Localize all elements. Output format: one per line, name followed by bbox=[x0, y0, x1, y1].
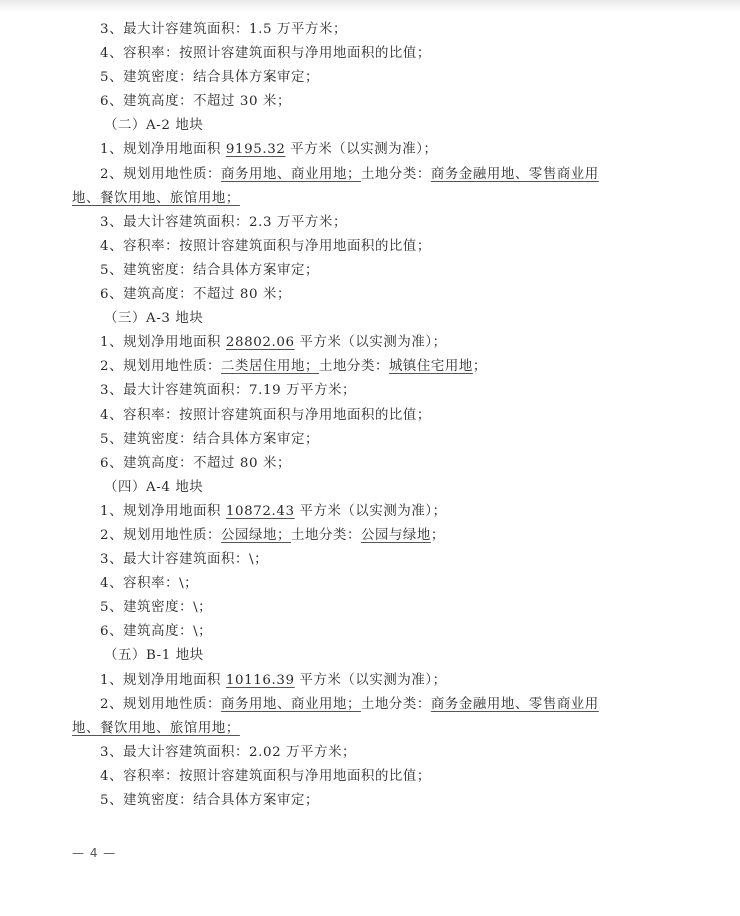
text-segment: 3、最大计容建筑面积：1.5 万平方米； bbox=[100, 22, 347, 37]
section-heading: （三）A-3 地块 bbox=[0, 307, 740, 331]
list-item: 6、建筑高度：不超过 80 米； bbox=[0, 283, 740, 307]
text-segment: 土地分类： bbox=[291, 528, 361, 543]
underlined-value: 二类居住用地； bbox=[221, 359, 319, 374]
underlined-value: 28802.06 bbox=[226, 335, 295, 350]
list-item: 3、最大计容建筑面积：7.19 万平方米； bbox=[0, 379, 740, 403]
text-segment: 1、规划净用地面积 bbox=[100, 335, 226, 350]
text-segment: ； bbox=[473, 359, 487, 374]
text-segment: 平方米（以实测为准）； bbox=[295, 335, 447, 350]
underlined-value: 9195.32 bbox=[226, 142, 286, 157]
text-segment: 土地分类： bbox=[361, 697, 431, 712]
list-item: 4、容积率：按照计容建筑面积与净用地面积的比值； bbox=[0, 404, 740, 428]
text-segment: 5、建筑密度：\； bbox=[100, 600, 212, 615]
text-segment: 6、建筑高度：不超过 80 米； bbox=[100, 287, 291, 302]
text-segment: 土地分类： bbox=[361, 167, 431, 182]
text-segment: （五）B-1 地块 bbox=[104, 648, 204, 663]
list-item: 3、最大计容建筑面积：\； bbox=[0, 548, 740, 572]
text-segment: 3、最大计容建筑面积：2.3 万平方米； bbox=[100, 215, 347, 230]
section-heading: （四）A-4 地块 bbox=[0, 476, 740, 500]
text-segment: 5、建筑密度：结合具体方案审定； bbox=[100, 793, 319, 808]
underlined-value: 商务金融用地、零售商业用 bbox=[431, 167, 599, 182]
underlined-value: 地、餐饮用地、旅馆用地； bbox=[72, 721, 240, 736]
text-segment: 1、规划净用地面积 bbox=[100, 673, 226, 688]
text-segment: 2、规划用地性质： bbox=[100, 528, 221, 543]
page-number: — 4 — bbox=[72, 846, 116, 860]
underlined-value: 10872.43 bbox=[226, 504, 295, 519]
text-segment: 3、最大计容建筑面积：7.19 万平方米； bbox=[100, 383, 356, 398]
text-segment: （二）A-2 地块 bbox=[104, 118, 203, 133]
text-segment: 2、规划用地性质： bbox=[100, 359, 221, 374]
section-heading: （二）A-2 地块 bbox=[0, 114, 740, 138]
list-item: 5、建筑密度：结合具体方案审定； bbox=[0, 66, 740, 90]
list-item: 5、建筑密度：结合具体方案审定； bbox=[0, 789, 740, 813]
text-segment: 2、规划用地性质： bbox=[100, 167, 221, 182]
list-item: 2、规划用地性质：商务用地、商业用地；土地分类：商务金融用地、零售商业用 bbox=[0, 163, 740, 187]
document-page: 3、最大计容建筑面积：1.5 万平方米；4、容积率：按照计容建筑面积与净用地面积… bbox=[0, 18, 740, 813]
list-item: 1、规划净用地面积 28802.06 平方米（以实测为准）； bbox=[0, 331, 740, 355]
list-item: 6、建筑高度：不超过 30 米； bbox=[0, 90, 740, 114]
underlined-value: 公园绿地； bbox=[221, 528, 291, 543]
top-shadow bbox=[0, 0, 740, 12]
list-item: 3、最大计容建筑面积：2.3 万平方米； bbox=[0, 211, 740, 235]
underlined-value: 10116.39 bbox=[226, 673, 295, 688]
text-segment: 4、容积率：按照计容建筑面积与净用地面积的比值； bbox=[100, 769, 431, 784]
text-segment: 平方米（以实测为准）； bbox=[295, 673, 447, 688]
continuation-line: 地、餐饮用地、旅馆用地； bbox=[0, 717, 740, 741]
list-item: 2、规划用地性质：商务用地、商业用地；土地分类：商务金融用地、零售商业用 bbox=[0, 693, 740, 717]
underlined-value: 公园与绿地 bbox=[361, 528, 431, 543]
list-item: 1、规划净用地面积 10116.39 平方米（以实测为准）； bbox=[0, 669, 740, 693]
list-item: 2、规划用地性质：二类居住用地；土地分类：城镇住宅用地； bbox=[0, 355, 740, 379]
section-heading: （五）B-1 地块 bbox=[0, 644, 740, 668]
list-item: 2、规划用地性质：公园绿地；土地分类：公园与绿地； bbox=[0, 524, 740, 548]
text-segment: 6、建筑高度：不超过 30 米； bbox=[100, 94, 291, 109]
list-item: 4、容积率：按照计容建筑面积与净用地面积的比值； bbox=[0, 765, 740, 789]
text-segment: 平方米（以实测为准）； bbox=[285, 142, 437, 157]
text-segment: 5、建筑密度：结合具体方案审定； bbox=[100, 432, 319, 447]
underlined-value: 地、餐饮用地、旅馆用地； bbox=[72, 191, 240, 206]
text-segment: ； bbox=[431, 528, 445, 543]
list-item: 3、最大计容建筑面积：1.5 万平方米； bbox=[0, 18, 740, 42]
text-segment: 1、规划净用地面积 bbox=[100, 504, 226, 519]
text-segment: 4、容积率：按照计容建筑面积与净用地面积的比值； bbox=[100, 408, 431, 423]
list-item: 4、容积率：按照计容建筑面积与净用地面积的比值； bbox=[0, 235, 740, 259]
list-item: 3、最大计容建筑面积：2.02 万平方米； bbox=[0, 741, 740, 765]
text-segment: 土地分类： bbox=[319, 359, 389, 374]
list-item: 5、建筑密度：结合具体方案审定； bbox=[0, 259, 740, 283]
list-item: 6、建筑高度：\； bbox=[0, 620, 740, 644]
text-segment: 3、最大计容建筑面积：\； bbox=[100, 552, 268, 567]
text-segment: （三）A-3 地块 bbox=[104, 311, 203, 326]
underlined-value: 城镇住宅用地 bbox=[389, 359, 473, 374]
list-item: 4、容积率：\； bbox=[0, 572, 740, 596]
text-segment: 4、容积率：\； bbox=[100, 576, 198, 591]
list-item: 1、规划净用地面积 10872.43 平方米（以实测为准）； bbox=[0, 500, 740, 524]
text-segment: 1、规划净用地面积 bbox=[100, 142, 226, 157]
text-segment: 2、规划用地性质： bbox=[100, 697, 221, 712]
list-item: 5、建筑密度：\； bbox=[0, 596, 740, 620]
text-segment: （四）A-4 地块 bbox=[104, 480, 203, 495]
underlined-value: 商务用地、商业用地； bbox=[221, 167, 361, 182]
text-segment: 6、建筑高度：\； bbox=[100, 624, 212, 639]
text-segment: 5、建筑密度：结合具体方案审定； bbox=[100, 263, 319, 278]
text-segment: 4、容积率：按照计容建筑面积与净用地面积的比值； bbox=[100, 46, 431, 61]
underlined-value: 商务用地、商业用地； bbox=[221, 697, 361, 712]
list-item: 4、容积率：按照计容建筑面积与净用地面积的比值； bbox=[0, 42, 740, 66]
text-segment: 平方米（以实测为准）； bbox=[295, 504, 447, 519]
continuation-line: 地、餐饮用地、旅馆用地； bbox=[0, 187, 740, 211]
list-item: 1、规划净用地面积 9195.32 平方米（以实测为准）； bbox=[0, 138, 740, 162]
text-segment: 3、最大计容建筑面积：2.02 万平方米； bbox=[100, 745, 356, 760]
list-item: 5、建筑密度：结合具体方案审定； bbox=[0, 428, 740, 452]
text-segment: 4、容积率：按照计容建筑面积与净用地面积的比值； bbox=[100, 239, 431, 254]
underlined-value: 商务金融用地、零售商业用 bbox=[431, 697, 599, 712]
list-item: 6、建筑高度：不超过 80 米； bbox=[0, 452, 740, 476]
text-segment: 6、建筑高度：不超过 80 米； bbox=[100, 456, 291, 471]
text-segment: 5、建筑密度：结合具体方案审定； bbox=[100, 70, 319, 85]
